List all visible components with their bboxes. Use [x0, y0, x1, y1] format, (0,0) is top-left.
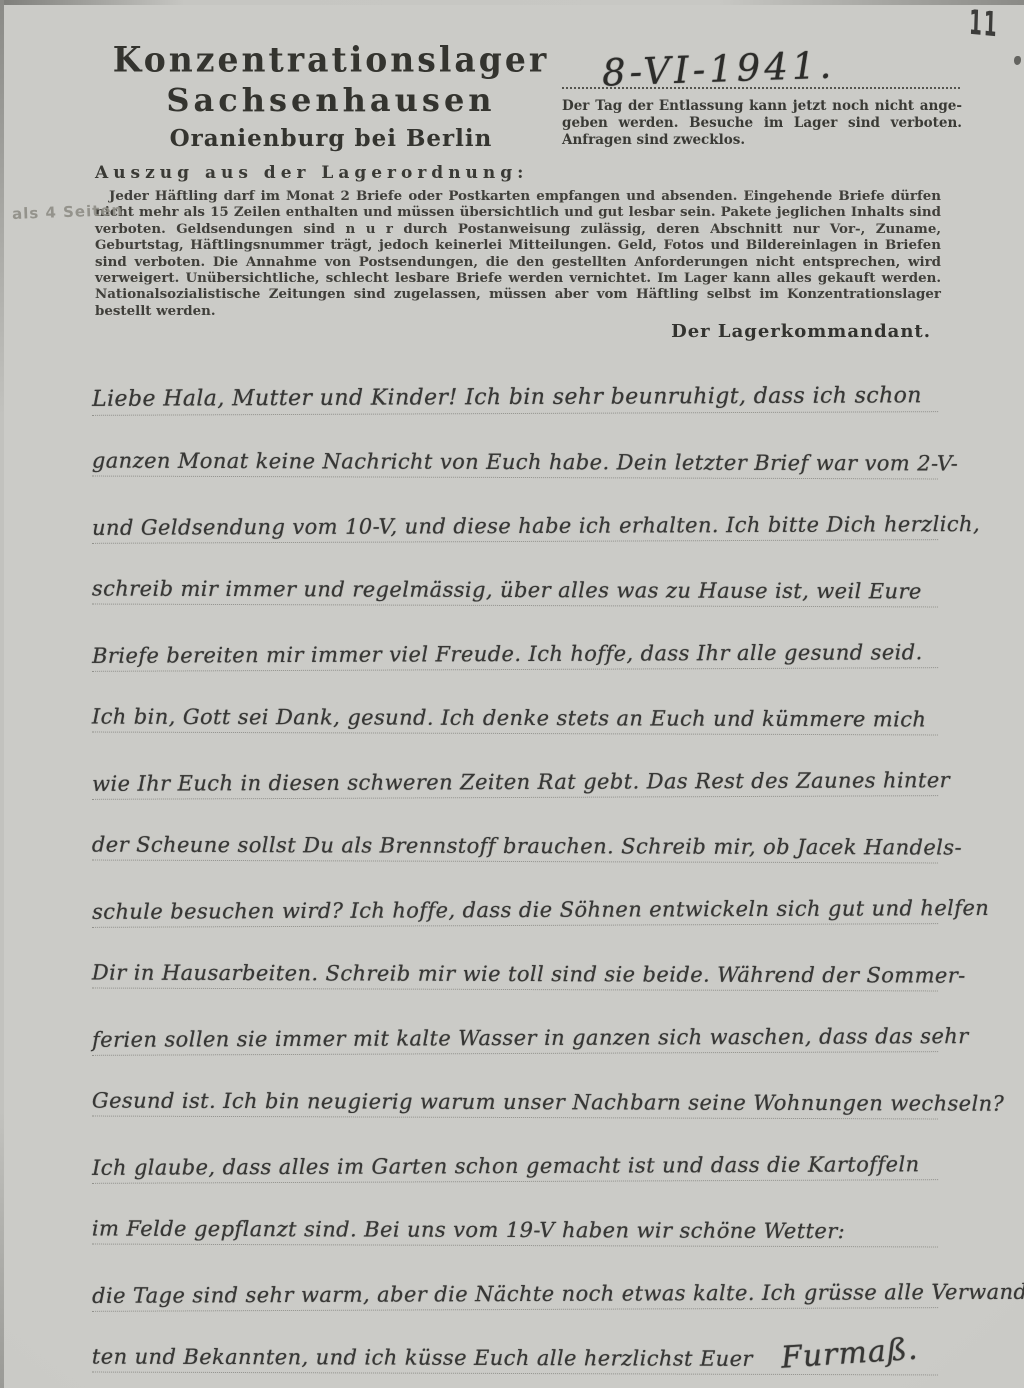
scanned-letter-page: 11 Konzentrationslager Sachsenhausen Ora… — [0, 0, 1024, 1388]
letter-line: die Tage sind sehr warm, aber die Nächte… — [92, 1244, 938, 1312]
letter-line: wie Ihr Euch in diesen schweren Zeiten R… — [92, 732, 938, 800]
kommandant-signature: Der Lagerkommandant. — [95, 321, 941, 342]
letter-line: der Scheune sollst Du als Brennstoff bra… — [92, 797, 938, 864]
handwritten-letter: Liebe Hala, Mutter und Kinder! Ich bin s… — [0, 350, 1024, 1374]
notice-line: Anfragen sind zwecklos. — [562, 132, 962, 149]
letter-line: schreib mir immer und regelmässig, über … — [92, 541, 938, 608]
letter-line: ferien sollen sie immer mit kalte Wasser… — [92, 988, 938, 1056]
letter-line: Briefe bereiten mir immer viel Freude. I… — [92, 604, 938, 672]
letter-line: Ich bin, Gott sei Dank, gesund. Ich denk… — [92, 669, 938, 736]
date-block: 8-VI-1941. Der Tag der Entlassung kann j… — [562, 46, 962, 149]
closing-text: ten und Bekannten, und ich küsse Euch al… — [92, 1345, 753, 1371]
letter-closing-line: ten und Bekannten, und ich küsse Euch al… — [92, 1309, 938, 1376]
letter-line: Ich glaube, dass alles im Garten schon g… — [92, 1116, 938, 1184]
pencil-page-mark: 11 — [968, 3, 998, 46]
notice-line: geben werden. Besuche im Lager sind verb… — [562, 115, 962, 132]
letter-line: schule besuchen wird? Ich hoffe, dass di… — [92, 860, 938, 928]
camp-regulations: Auszug aus der Lagerordnung: Jeder Häftl… — [95, 163, 941, 342]
camp-letterhead: Konzentrationslager Sachsenhausen Oranie… — [96, 40, 566, 152]
letter-line: Gesund ist. Ich bin neugierig warum unse… — [92, 1053, 938, 1120]
notice-line: Der Tag der Entlassung kann jetzt noch n… — [562, 98, 962, 115]
regulations-text: Jeder Häftling darf im Monat 2 Briefe od… — [95, 188, 941, 319]
scan-edge-top — [0, 0, 1024, 5]
letterhead-camp-name: Konzentrationslager — [96, 39, 566, 80]
letterhead-town: Oranienburg bei Berlin — [96, 125, 566, 152]
letter-line: Liebe Hala, Mutter und Kinder! Ich bin s… — [92, 348, 938, 416]
letter-line: im Felde gepflanzt sind. Bei uns vom 19-… — [92, 1181, 938, 1248]
release-notice: Der Tag der Entlassung kann jetzt noch n… — [562, 98, 962, 149]
letter-line: und Geldsendung vom 10-V, und diese habe… — [92, 476, 938, 544]
letter-line: ganzen Monat keine Nachricht von Euch ha… — [92, 413, 938, 480]
sender-signature: Furmaß. — [780, 1332, 919, 1376]
letter-line: Dir in Hausarbeiten. Schreib mir wie tol… — [92, 925, 938, 992]
regulations-heading: Auszug aus der Lagerordnung: — [95, 163, 941, 183]
letterhead-camp-location: Sachsenhausen — [96, 81, 566, 119]
